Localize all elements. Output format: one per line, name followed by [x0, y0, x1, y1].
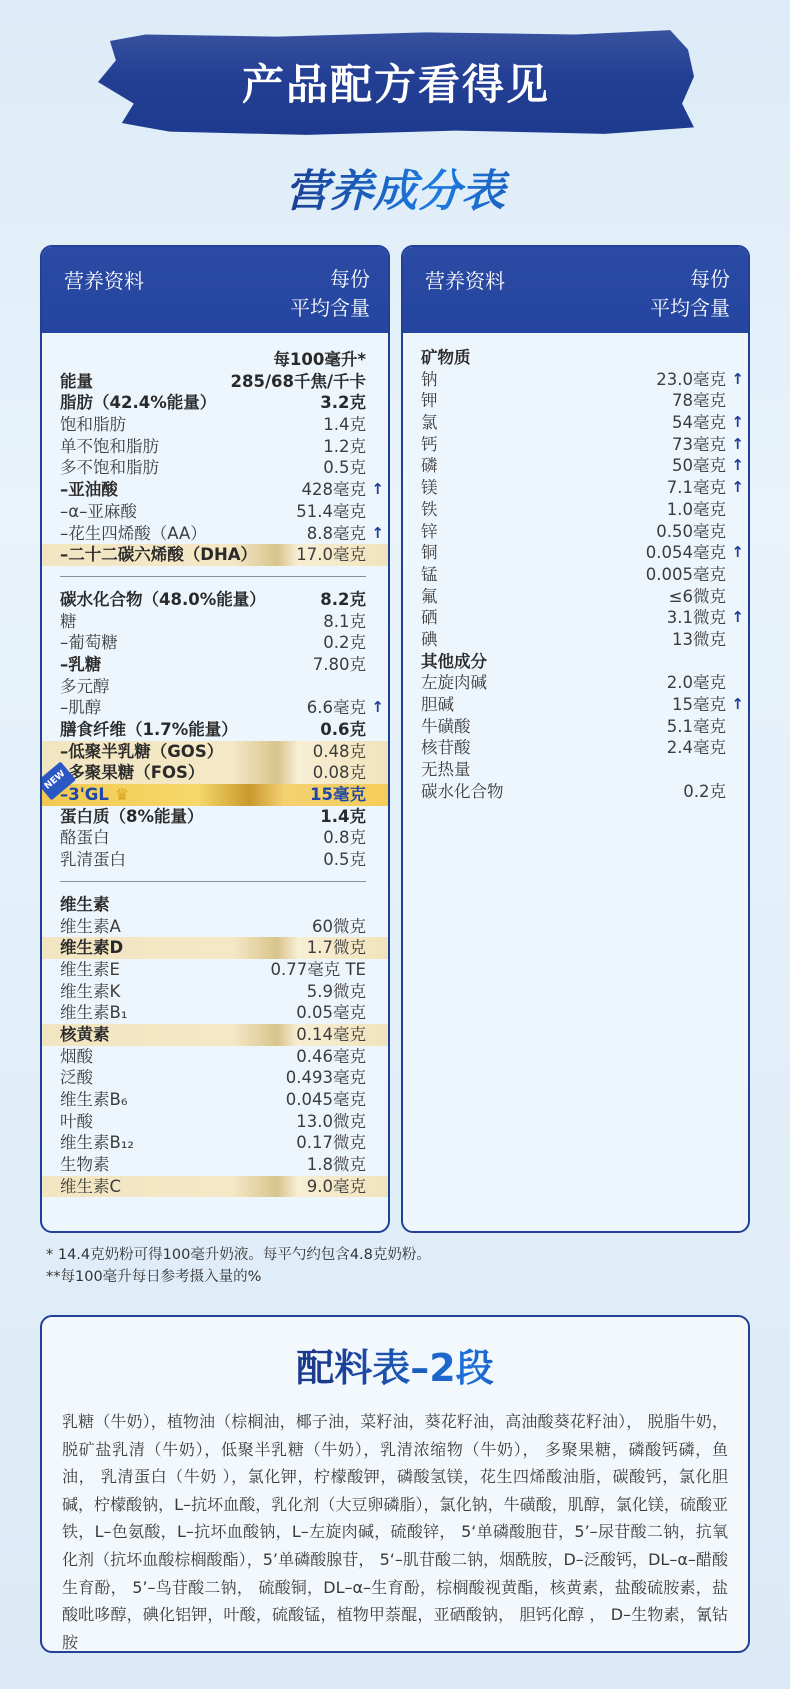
nutrient-row: 生物素1.8微克	[42, 1154, 388, 1176]
section-title: 营养成分表	[0, 155, 790, 219]
ingredients-title: 配料表–2段	[42, 1337, 748, 1392]
nutrient-label: –肌醇	[60, 697, 101, 719]
nutrient-row: –肌醇6.6毫克↑	[42, 697, 388, 719]
nutrient-value: 285/68千焦/千卡	[231, 371, 366, 393]
nutrient-label: 铁	[421, 499, 438, 521]
header-amount: 每份 平均含量	[650, 265, 730, 323]
nutrient-value: 0.5克	[323, 457, 366, 479]
nutrient-value: 0.77毫克 TE	[271, 959, 367, 981]
nutrient-row: 维生素K5.9微克	[42, 981, 388, 1003]
up-arrow-icon: ↑	[371, 697, 384, 719]
nutrient-row: 矿物质	[403, 347, 748, 369]
nutrient-label: 烟酸	[60, 1046, 93, 1068]
divider	[60, 576, 366, 577]
up-arrow-icon: ↑	[731, 369, 744, 391]
nutrient-row: 氟≤6微克	[403, 586, 748, 608]
nutrient-value: 15毫克	[310, 784, 366, 806]
nutrient-value: 0.6克	[320, 719, 366, 741]
nutrient-label: 维生素A	[60, 916, 121, 938]
panel-body: 每100毫升* 能量285/68千焦/千卡脂肪（42.4%能量）3.2克饱和脂肪…	[42, 333, 388, 1197]
nutrition-panel-right: 营养资料 每份 平均含量 矿物质钠23.0毫克↑钾78毫克氯54毫克↑钙73毫克…	[401, 245, 750, 1233]
nutrient-label: 碳水化合物（48.0%能量）	[60, 589, 266, 611]
nutrient-row: –花生四烯酸（AA）8.8毫克↑	[42, 523, 388, 545]
nutrient-label: 氯	[421, 412, 438, 434]
nutrient-value: 3.1微克	[667, 607, 726, 629]
nutrient-label: 钾	[421, 390, 438, 412]
nutrient-value: 5.1毫克	[667, 716, 726, 738]
nutrient-label: 硒	[421, 607, 438, 629]
nutrient-value: 7.1毫克	[667, 477, 726, 499]
nutrient-row: –亚油酸428毫克↑	[42, 479, 388, 501]
nutrient-label: –花生四烯酸（AA）	[60, 523, 207, 545]
nutrient-row: –低聚半乳糖（GOS）0.48克	[42, 741, 388, 763]
nutrient-row: 多元醇	[42, 676, 388, 698]
nutrient-row: 氯54毫克↑	[403, 412, 748, 434]
nutrient-label: 钙	[421, 434, 438, 456]
nutrient-value: 78毫克	[672, 390, 726, 412]
nutrient-label: 氟	[421, 586, 438, 608]
nutrient-value: 1.7微克	[307, 937, 366, 959]
up-arrow-icon: ↑	[731, 694, 744, 716]
nutrient-label: 核苷酸	[421, 737, 471, 759]
nutrient-row: –葡萄糖0.2克	[42, 632, 388, 654]
nutrient-value: 13.0微克	[296, 1111, 366, 1133]
nutrient-row: 饱和脂肪1.4克	[42, 414, 388, 436]
nutrient-row: 硒3.1微克↑	[403, 607, 748, 629]
panel-body: 矿物质钠23.0毫克↑钾78毫克氯54毫克↑钙73毫克↑磷50毫克↑镁7.1毫克…	[403, 333, 748, 802]
nutrient-row: –多聚果糖（FOS）0.08克	[42, 762, 388, 784]
nutrient-row: 泛酸0.493毫克	[42, 1067, 388, 1089]
ingredients-text: 乳糖（牛奶），植物油（棕榈油，椰子油，菜籽油，葵花籽油，高油酸葵花籽油）， 脱脂…	[62, 1408, 728, 1656]
nutrient-value: 0.005毫克	[646, 564, 726, 586]
nutrient-row: 糖8.1克	[42, 611, 388, 633]
nutrient-row: 乳清蛋白0.5克	[42, 849, 388, 871]
nutrient-row: 核黄素0.14毫克	[42, 1024, 388, 1046]
per-unit-row: 每100毫升*	[42, 349, 388, 371]
nutrient-label: 碳水化合物	[421, 781, 504, 803]
nutrient-row: 蛋白质（8%能量）1.4克	[42, 806, 388, 828]
nutrient-label: 左旋肉碱	[421, 672, 487, 694]
header-amount-line2: 平均含量	[290, 294, 370, 323]
up-arrow-icon: ↑	[731, 455, 744, 477]
nutrient-row: 维生素B₆0.045毫克	[42, 1089, 388, 1111]
nutrient-value: 7.80克	[313, 654, 366, 676]
nutrient-label: 锰	[421, 564, 438, 586]
header-amount-line1: 每份	[650, 265, 730, 294]
header-amount-line1: 每份	[290, 265, 370, 294]
nutrient-value: 0.5克	[323, 849, 366, 871]
nutrient-label: 维生素B₆	[60, 1089, 127, 1111]
nutrient-value: 9.0毫克	[307, 1176, 366, 1198]
nutrient-value: 0.054毫克	[646, 542, 726, 564]
nutrient-row: 膳食纤维（1.7%能量）0.6克	[42, 719, 388, 741]
nutrient-value: 3.2克	[320, 392, 366, 414]
nutrient-row: 钙73毫克↑	[403, 434, 748, 456]
nutrient-label: 蛋白质（8%能量）	[60, 806, 204, 828]
footnote-2: **每100毫升每日参考摄入量的%	[46, 1266, 431, 1288]
nutrient-row: –3'GL♛15毫克NEW	[42, 784, 388, 806]
nutrient-row: 维生素A60微克	[42, 916, 388, 938]
nutrient-row: 左旋肉碱2.0毫克	[403, 672, 748, 694]
per-unit-label: 每100毫升*	[273, 349, 366, 371]
nutrient-value: 8.1克	[323, 611, 366, 633]
nutrient-value: 0.05毫克	[296, 1002, 366, 1024]
nutrient-value: 0.493毫克	[286, 1067, 366, 1089]
nutrient-row: 维生素B₁₂0.17微克	[42, 1132, 388, 1154]
nutrient-row: 叶酸13.0微克	[42, 1111, 388, 1133]
up-arrow-icon: ↑	[731, 542, 744, 564]
nutrient-label: 核黄素	[60, 1024, 110, 1046]
nutrient-row: 钠23.0毫克↑	[403, 369, 748, 391]
header-label: 营养资料	[425, 265, 505, 294]
nutrient-label: 泛酸	[60, 1067, 93, 1089]
nutrient-row: 牛磺酸5.1毫克	[403, 716, 748, 738]
header-label: 营养资料	[64, 265, 144, 294]
nutrient-label: –葡萄糖	[60, 632, 118, 654]
nutrient-row: 能量285/68千焦/千卡	[42, 371, 388, 393]
nutrient-row: 多不饱和脂肪0.5克	[42, 457, 388, 479]
nutrient-label: 牛磺酸	[421, 716, 471, 738]
crown-icon: ♛	[115, 784, 129, 806]
nutrient-row: 无热量	[403, 759, 748, 781]
nutrient-value: 0.50毫克	[656, 521, 726, 543]
nutrient-row: 镁7.1毫克↑	[403, 477, 748, 499]
nutrient-label: 钠	[421, 369, 438, 391]
nutrient-value: 428毫克	[302, 479, 367, 501]
nutrient-label: 维生素E	[60, 959, 120, 981]
nutrient-label: 矿物质	[421, 347, 471, 369]
nutrient-value: 2.4毫克	[667, 737, 726, 759]
nutrient-value: 8.2克	[320, 589, 366, 611]
nutrient-label: –二十二碳六烯酸（DHA）	[60, 544, 257, 566]
up-arrow-icon: ↑	[731, 434, 744, 456]
nutrient-label: 饱和脂肪	[60, 414, 126, 436]
nutrient-row: 磷50毫克↑	[403, 455, 748, 477]
nutrient-row: 其他成分	[403, 651, 748, 673]
nutrient-label: 镁	[421, 477, 438, 499]
footnotes: * 14.4克奶粉可得100毫升奶液。每平勺约包含4.8克奶粉。 **每100毫…	[46, 1244, 431, 1288]
header-amount-line2: 平均含量	[650, 294, 730, 323]
nutrient-value: 2.0毫克	[667, 672, 726, 694]
nutrient-value: 0.46毫克	[296, 1046, 366, 1068]
nutrient-label: 维生素	[60, 894, 110, 916]
nutrient-value: 0.8克	[323, 827, 366, 849]
nutrient-label: 磷	[421, 455, 438, 477]
nutrient-row: 脂肪（42.4%能量）3.2克	[42, 392, 388, 414]
nutrient-value: 60微克	[312, 916, 366, 938]
nutrient-label: 维生素B₁₂	[60, 1132, 134, 1154]
nutrient-value: 8.8毫克	[307, 523, 366, 545]
nutrient-value: 0.08克	[313, 762, 366, 784]
nutrient-label: 维生素D	[60, 937, 123, 959]
nutrient-value: 6.6毫克	[307, 697, 366, 719]
nutrient-label: 脂肪（42.4%能量）	[60, 392, 216, 414]
nutrient-row: 锰0.005毫克	[403, 564, 748, 586]
nutrient-row: –二十二碳六烯酸（DHA）17.0毫克	[42, 544, 388, 566]
nutrient-value: 0.48克	[313, 741, 366, 763]
up-arrow-icon: ↑	[731, 607, 744, 629]
nutrient-value: 5.9微克	[307, 981, 366, 1003]
nutrient-value: 0.14毫克	[296, 1024, 366, 1046]
nutrient-label: 铜	[421, 542, 438, 564]
nutrient-value: 23.0毫克	[656, 369, 726, 391]
nutrient-label: 生物素	[60, 1154, 110, 1176]
nutrient-label: 锌	[421, 521, 438, 543]
nutrient-row: 酪蛋白0.8克	[42, 827, 388, 849]
nutrient-row: 维生素	[42, 894, 388, 916]
hero-title: 产品配方看得见	[242, 52, 550, 112]
nutrient-row: 碘13微克	[403, 629, 748, 651]
nutrient-label: 无热量	[421, 759, 471, 781]
nutrient-value: 1.8微克	[307, 1154, 366, 1176]
nutrient-row: 锌0.50毫克	[403, 521, 748, 543]
hero-banner: 产品配方看得见	[98, 28, 694, 136]
nutrient-value: 1.2克	[323, 436, 366, 458]
nutrient-label: –α–亚麻酸	[60, 501, 137, 523]
nutrient-row: 碳水化合物0.2克	[403, 781, 748, 803]
nutrient-label: 单不饱和脂肪	[60, 436, 159, 458]
nutrient-label: 维生素B₁	[60, 1002, 127, 1024]
nutrient-value: ≤6微克	[669, 586, 726, 608]
nutrient-row: 维生素E0.77毫克 TE	[42, 959, 388, 981]
nutrient-label: 膳食纤维（1.7%能量）	[60, 719, 238, 741]
nutrient-row: 维生素C9.0毫克	[42, 1176, 388, 1198]
nutrient-row: 碳水化合物（48.0%能量）8.2克	[42, 589, 388, 611]
nutrient-value: 1.0毫克	[667, 499, 726, 521]
up-arrow-icon: ↑	[371, 523, 384, 545]
nutrient-row: 铁1.0毫克	[403, 499, 748, 521]
nutrient-label: 维生素K	[60, 981, 120, 1003]
nutrient-label: 维生素C	[60, 1176, 121, 1198]
nutrient-value: 0.045毫克	[286, 1089, 366, 1111]
nutrient-value: 54毫克	[672, 412, 726, 434]
nutrient-row: 维生素B₁0.05毫克	[42, 1002, 388, 1024]
nutrient-row: 烟酸0.46毫克	[42, 1046, 388, 1068]
nutrient-label: 叶酸	[60, 1111, 93, 1133]
ingredients-panel: 配料表–2段 乳糖（牛奶），植物油（棕榈油，椰子油，菜籽油，葵花籽油，高油酸葵花…	[40, 1315, 750, 1653]
nutrient-value: 1.4克	[323, 414, 366, 436]
nutrient-value: 50毫克	[672, 455, 726, 477]
nutrient-row: 核苷酸2.4毫克	[403, 737, 748, 759]
nutrient-label: –低聚半乳糖（GOS）	[60, 741, 223, 763]
nutrient-row: 单不饱和脂肪1.2克	[42, 436, 388, 458]
nutrient-label: 多不饱和脂肪	[60, 457, 159, 479]
nutrient-label: 酪蛋白	[60, 827, 110, 849]
nutrient-label: 糖	[60, 611, 77, 633]
panel-header: 营养资料 每份 平均含量	[403, 247, 748, 333]
nutrient-label: –乳糖	[60, 654, 101, 676]
up-arrow-icon: ↑	[731, 477, 744, 499]
nutrient-row: –α–亚麻酸51.4毫克	[42, 501, 388, 523]
nutrient-value: 13微克	[672, 629, 726, 651]
divider	[60, 881, 366, 882]
footnote-1: * 14.4克奶粉可得100毫升奶液。每平勺约包含4.8克奶粉。	[46, 1244, 431, 1266]
nutrition-panel-left: 营养资料 每份 平均含量 每100毫升* 能量285/68千焦/千卡脂肪（42.…	[40, 245, 390, 1233]
header-amount: 每份 平均含量	[290, 265, 370, 323]
nutrient-value: 15毫克	[672, 694, 726, 716]
up-arrow-icon: ↑	[731, 412, 744, 434]
nutrient-label: 胆碱	[421, 694, 454, 716]
nutrient-row: 胆碱15毫克↑	[403, 694, 748, 716]
nutrient-row: 钾78毫克	[403, 390, 748, 412]
nutrient-value: 17.0毫克	[296, 544, 366, 566]
nutrient-label: 多元醇	[60, 676, 110, 698]
nutrient-value: 0.2克	[323, 632, 366, 654]
nutrient-label: 乳清蛋白	[60, 849, 126, 871]
nutrient-label: –3'GL	[60, 784, 109, 806]
panel-header: 营养资料 每份 平均含量	[42, 247, 388, 333]
nutrient-row: –乳糖7.80克	[42, 654, 388, 676]
nutrient-value: 1.4克	[320, 806, 366, 828]
nutrient-value: 0.17微克	[296, 1132, 366, 1154]
nutrient-label: –亚油酸	[60, 479, 118, 501]
up-arrow-icon: ↑	[371, 479, 384, 501]
nutrient-value: 73毫克	[672, 434, 726, 456]
nutrient-value: 0.2克	[683, 781, 726, 803]
nutrient-row: 铜0.054毫克↑	[403, 542, 748, 564]
nutrient-label: 碘	[421, 629, 438, 651]
nutrient-label: 其他成分	[421, 651, 487, 673]
nutrient-label: –多聚果糖（FOS）	[60, 762, 204, 784]
nutrient-value: 51.4毫克	[296, 501, 366, 523]
nutrient-row: 维生素D1.7微克	[42, 937, 388, 959]
nutrient-label: 能量	[60, 371, 93, 393]
